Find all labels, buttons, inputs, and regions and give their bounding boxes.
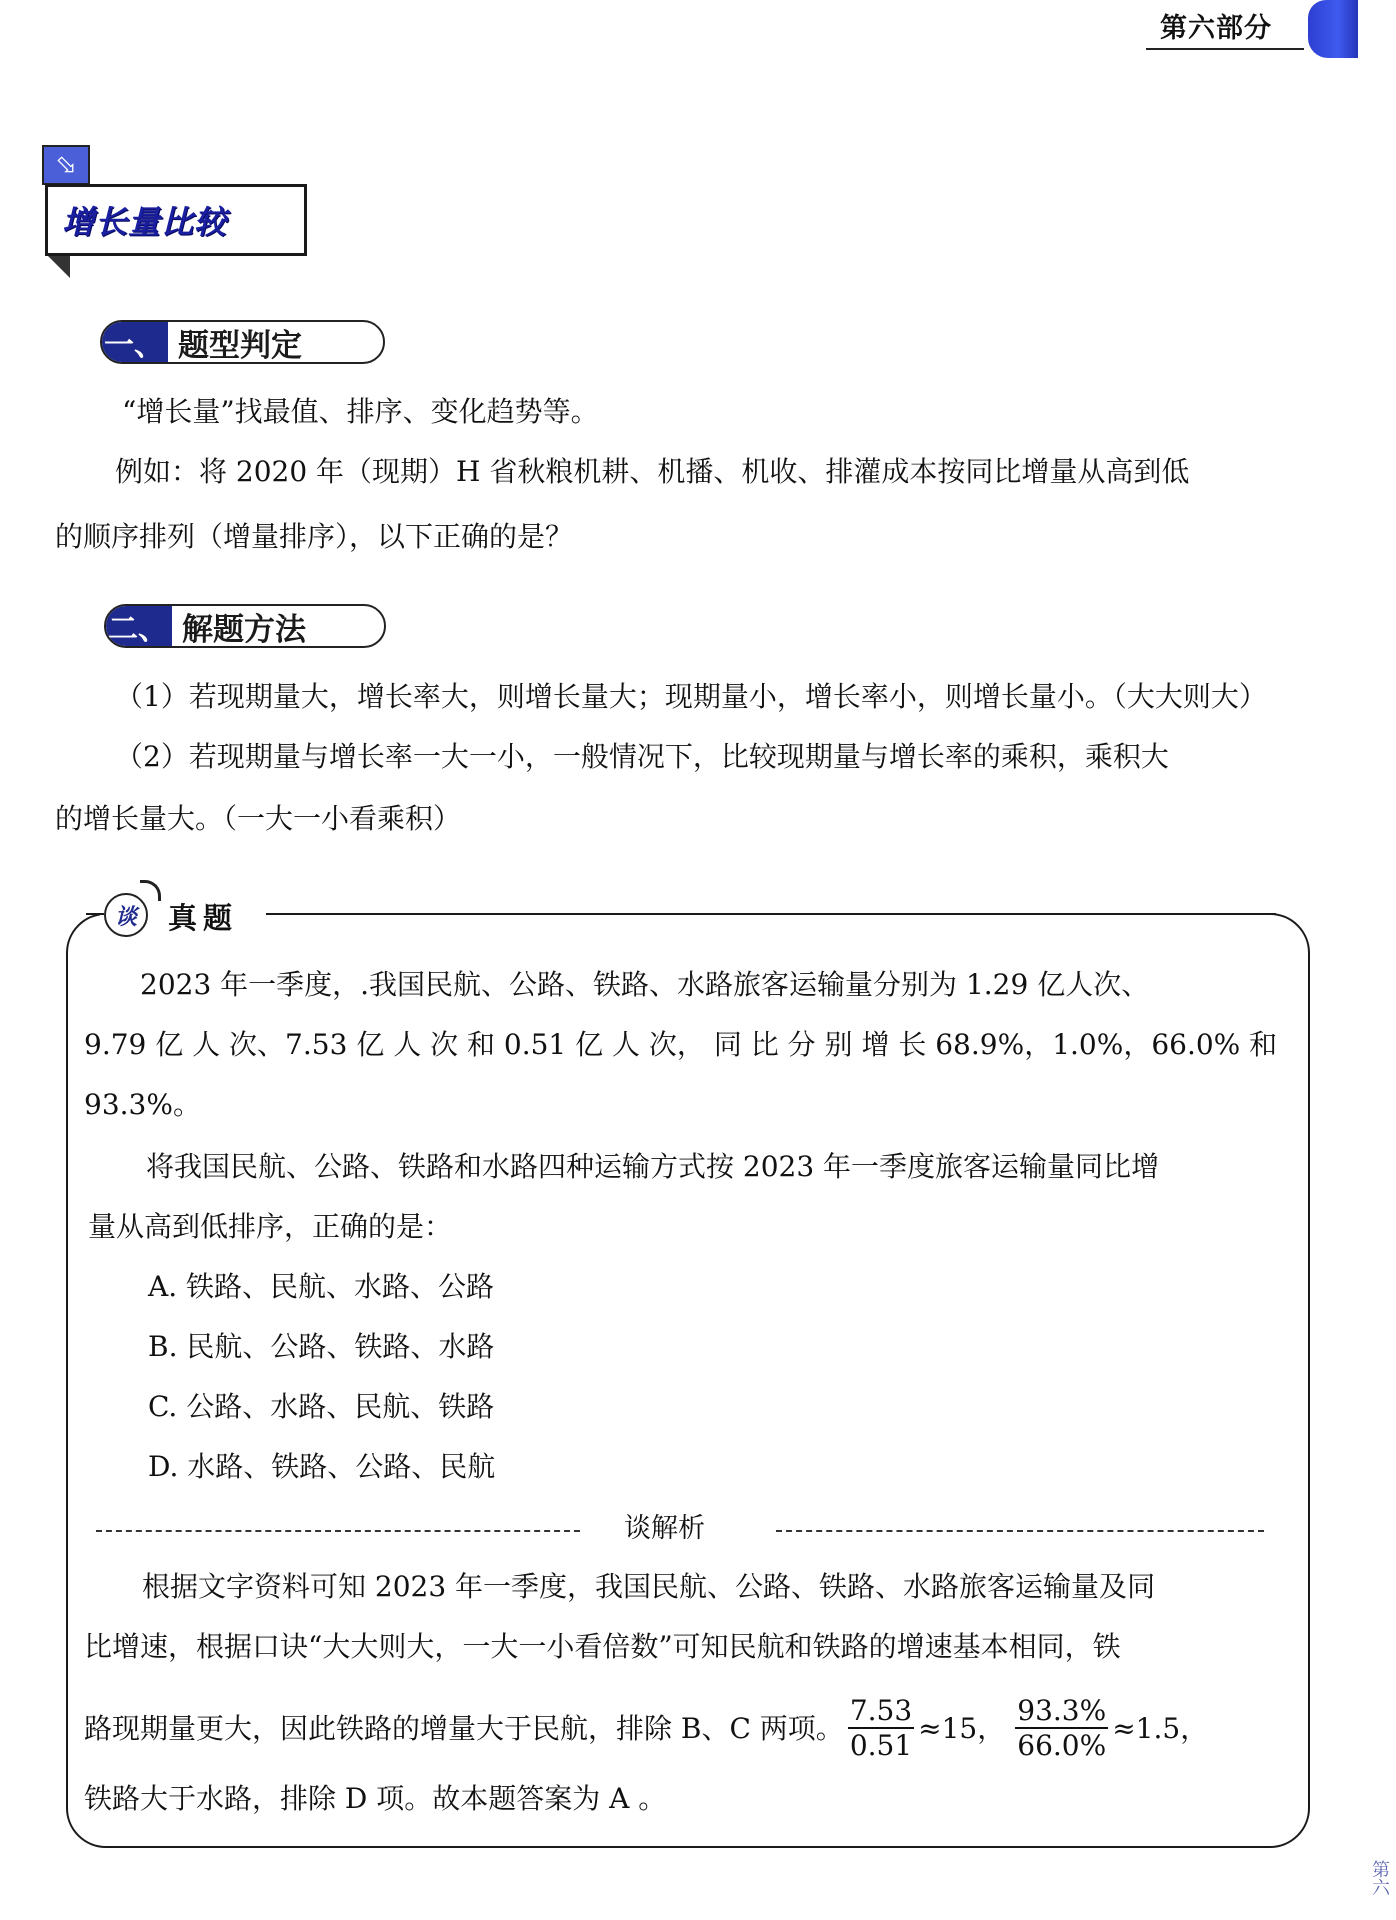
fraction-2: 93.3% 66.0% bbox=[1015, 1696, 1108, 1761]
part-underline bbox=[1146, 48, 1304, 50]
section-banner: 增长量比较 bbox=[45, 184, 307, 256]
numerator: 7.53 bbox=[848, 1696, 914, 1729]
box-header-line-right bbox=[266, 913, 1276, 915]
analysis-text-with-fractions: 路现期量更大，因此铁路的增量大于民航，排除 B、C 两项。 7.53 0.51 … bbox=[84, 1696, 1208, 1761]
option-text: 水路、铁路、公路、民航 bbox=[187, 1450, 495, 1483]
signal-wave-icon bbox=[140, 880, 161, 901]
option-text: 铁路、民航、水路、公路 bbox=[186, 1270, 494, 1303]
option-b[interactable]: B. 民航、公路、铁路、水路 bbox=[148, 1330, 494, 1364]
paragraph: 例如：将 2020 年（现期）H 省秋粮机耕、机播、机收、排灌成本按同比增量从高… bbox=[115, 455, 1189, 489]
heading-number: 二、 bbox=[104, 604, 172, 648]
option-text: 民航、公路、铁路、水路 bbox=[186, 1330, 494, 1363]
heading-question-type: 一、 题型判定 bbox=[100, 320, 385, 364]
option-key: C. bbox=[148, 1390, 177, 1423]
banner-fold bbox=[48, 256, 70, 278]
option-key: B. bbox=[148, 1330, 177, 1363]
heading-title: 解题方法 bbox=[172, 604, 306, 648]
analysis-text: 路现期量更大，因此铁路的增量大于民航，排除 B、C 两项。 bbox=[84, 1712, 844, 1746]
fraction-1: 7.53 0.51 bbox=[848, 1696, 914, 1761]
option-text: 公路、水路、民航、铁路 bbox=[186, 1390, 494, 1423]
paragraph: 的增长量大。（一大一小看乘积） bbox=[55, 802, 461, 836]
approx-result: ≈15， bbox=[918, 1712, 1005, 1746]
part-label: 第六部分 bbox=[1160, 6, 1272, 45]
option-c[interactable]: C. 公路、水路、民航、铁路 bbox=[148, 1390, 494, 1424]
page-edge-mark: 第六 bbox=[1370, 1860, 1392, 1916]
paragraph: “增长量”找最值、排序、变化趋势等。 bbox=[122, 395, 599, 429]
heading-number: 一、 bbox=[100, 320, 168, 364]
option-key: A. bbox=[148, 1270, 177, 1303]
option-key: D. bbox=[148, 1450, 178, 1483]
option-d[interactable]: D. 水路、铁路、公路、民航 bbox=[148, 1450, 495, 1484]
paragraph: 的顺序排列（增量排序），以下正确的是？ bbox=[55, 520, 573, 554]
question-stem: 2023 年一季度，.我国民航、公路、铁路、水路旅客运输量分别为 1.29 亿人… bbox=[140, 968, 1149, 1002]
dashed-divider-left bbox=[96, 1530, 580, 1532]
heading-method: 二、 解题方法 bbox=[104, 604, 386, 648]
analysis-text: 根据文字资料可知 2023 年一季度，我国民航、公路、铁路、水路旅客运输量及同 bbox=[142, 1570, 1155, 1604]
paragraph: （1）若现期量大，增长率大，则增长量大；现期量小，增长率小，则增长量小。（大大则… bbox=[115, 680, 1267, 714]
approx-result: ≈1.5， bbox=[1112, 1712, 1208, 1746]
analysis-label: 谈解析 bbox=[624, 1513, 705, 1545]
option-a[interactable]: A. 铁路、民航、水路、公路 bbox=[148, 1270, 494, 1304]
question-label: 真题 bbox=[168, 896, 238, 937]
analysis-conclusion: 铁路大于水路，排除 D 项。故本题答案为 A 。 bbox=[84, 1782, 666, 1816]
section-title: 增长量比较 bbox=[62, 197, 227, 243]
heading-title: 题型判定 bbox=[168, 320, 302, 364]
numerator: 93.3% bbox=[1015, 1696, 1108, 1729]
part-tab-marker bbox=[1308, 0, 1358, 58]
paragraph: （2）若现期量与增长率一大一小，一般情况下，比较现期量与增长率的乘积，乘积大 bbox=[115, 740, 1169, 774]
question-stem: 9.79 亿 人 次、7.53 亿 人 次 和 0.51 亿 人 次， 同 比 … bbox=[84, 1028, 1277, 1062]
question-ask: 将我国民航、公路、铁路和水路四种运输方式按 2023 年一季度旅客运输量同比增 bbox=[146, 1150, 1159, 1184]
analysis-text: 比增速，根据口诀“大大则大，一大一小看倍数”可知民航和铁路的增速基本相同，铁 bbox=[84, 1630, 1121, 1664]
denominator: 0.51 bbox=[850, 1729, 912, 1760]
arrow-down-right-icon: ⬂ bbox=[42, 145, 90, 185]
question-ask: 量从高到低排序，正确的是： bbox=[88, 1210, 452, 1244]
box-header-line-left bbox=[86, 913, 104, 915]
arrow-glyph: ⬂ bbox=[55, 150, 77, 180]
dashed-divider-right bbox=[776, 1530, 1264, 1532]
denominator: 66.0% bbox=[1017, 1729, 1106, 1760]
question-stem: 93.3%。 bbox=[84, 1088, 201, 1122]
